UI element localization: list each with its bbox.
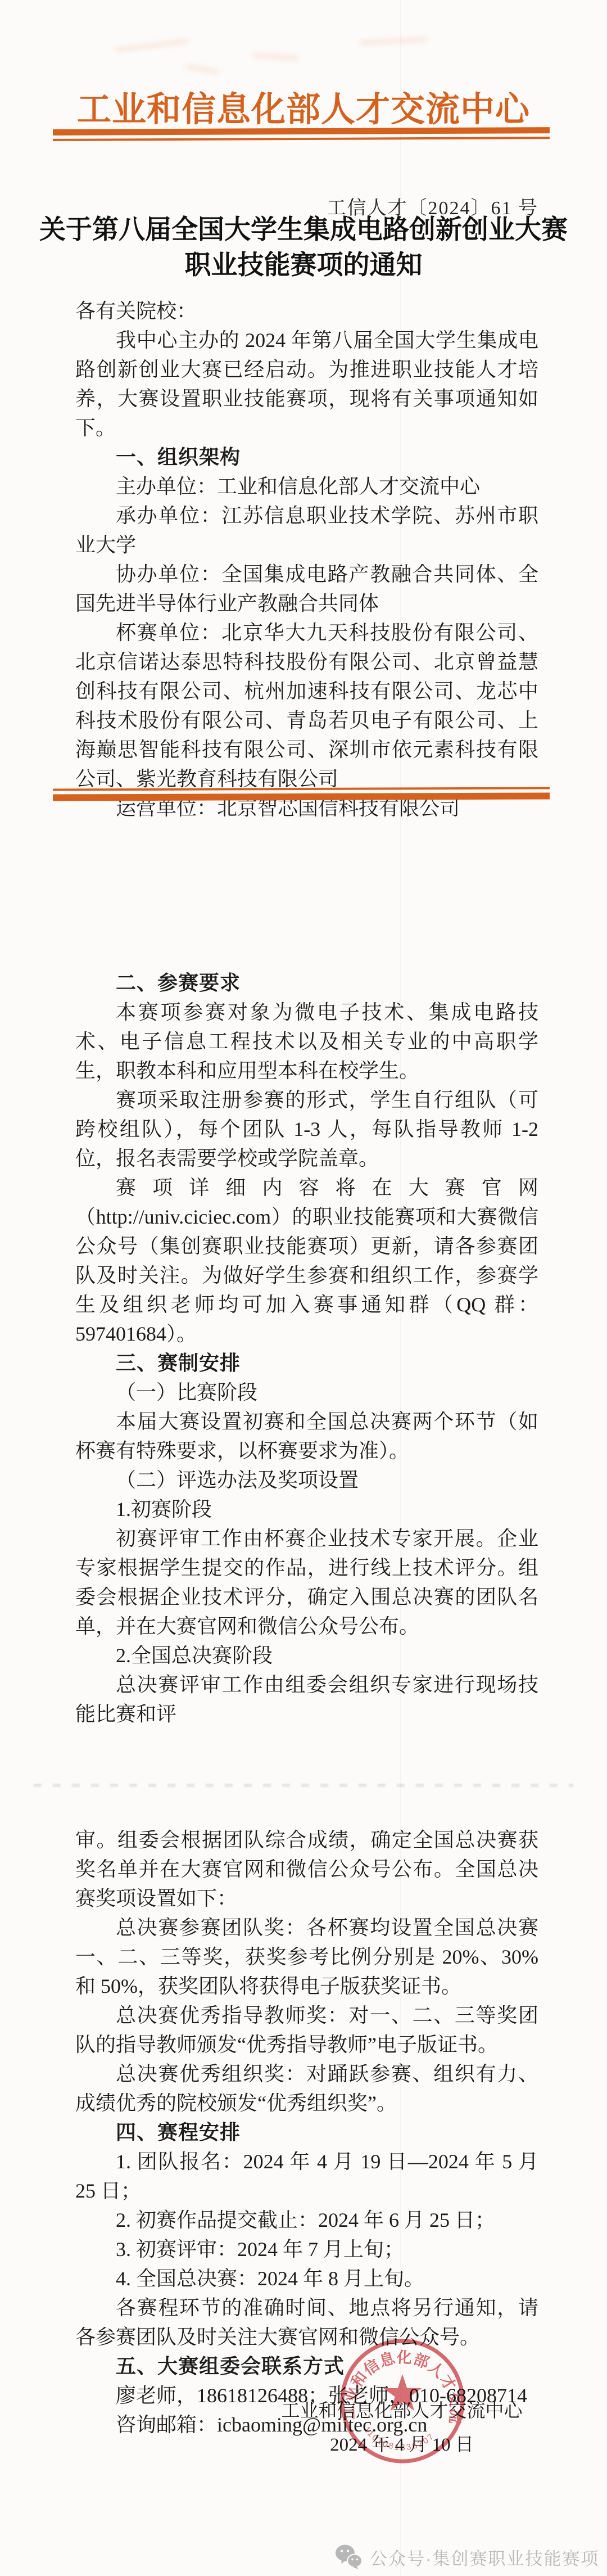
paragraph-preliminary: 初赛评审工作由杯赛企业技术专家开展。企业专家根据学生提交的作品，进行线上技术评分… — [75, 1524, 538, 1641]
paragraph-final-continuation: 审。组委会根据团队综合成绩，确定全国总决赛获奖名单并在大赛官网和微信公众号公布。… — [75, 1825, 538, 1913]
subheading-preliminary: 1.初赛阶段 — [75, 1495, 538, 1524]
document-title-line2: 职业技能赛项的通知 — [0, 248, 607, 283]
section-heading-contact: 五、大赛组委会联系方式 — [75, 2352, 538, 2381]
page2-body: 二、参赛要求 本赛项参赛对象为微电子技术、集成电路技术、电子信息工程技术以及相关… — [75, 968, 538, 1729]
paragraph-schedule-note: 各赛程环节的准确时间、地点将另行通知，请各参赛团队及时关注大赛官网和微信公众号。 — [75, 2293, 538, 2352]
schedule-item-review: 3. 初赛评审：2024 年 7 月上旬； — [75, 2235, 538, 2264]
letterhead-rule-thin — [53, 137, 550, 141]
paragraph-undertaking-unit: 承办单位：江苏信息职业技术学院、苏州市职业大学 — [75, 501, 538, 560]
paragraph-host-unit: 主办单位：工业和信息化部人才交流中心 — [75, 472, 538, 501]
paragraph-cup-units: 杯赛单位：北京华大九天科技股份有限公司、北京信诺达泰思特科技股份有限公司、北京曾… — [75, 618, 538, 793]
salutation: 各有关院校： — [75, 296, 538, 326]
section-heading-schedule: 四、赛程安排 — [75, 2118, 538, 2147]
paragraph-registration: 赛项采取注册参赛的形式，学生自行组队（可跨校组队），每个团队 1-3 人，每队指… — [75, 1085, 538, 1173]
star-icon — [383, 2374, 422, 2411]
wechat-account-footer[interactable]: 公众号·集创赛职业技能赛项 — [334, 2541, 599, 2573]
subheading-awards: （二）评选办法及奖项设置 — [75, 1465, 538, 1495]
scan-ghost-mark — [360, 38, 427, 44]
paragraph-team-awards: 总决赛参赛团队奖：各杯赛均设置全国总决赛一、二、三等奖，获奖参考比例分别是 20… — [75, 1913, 538, 2001]
document-title-line1: 关于第八届全国大学生集成电路创新创业大赛 — [0, 213, 607, 248]
page3-body: 审。组委会根据团队综合成绩，确定全国总决赛获奖名单并在大赛官网和微信公众号公布。… — [75, 1825, 538, 2439]
section-heading-organization: 一、组织架构 — [75, 443, 538, 472]
scan-ghost-mark — [115, 39, 188, 52]
scanned-notice-document: 工业和信息化部人才交流中心 工信人才〔2024〕61 号 关于第八届全国大学生集… — [0, 0, 607, 2576]
svg-text:1101081336207: 1101081336207 — [362, 2425, 437, 2452]
paragraph-participants: 本赛项参赛对象为微电子技术、集成电路技术、电子信息工程技术以及相关专业的中高职学… — [75, 998, 538, 1085]
schedule-item-final: 4. 全国总决赛：2024 年 8 月上旬。 — [75, 2264, 538, 2293]
paragraph-final-start: 总决赛评审工作由组委会组织专家进行现场技能比赛和评 — [75, 1670, 538, 1729]
wechat-account-label[interactable]: 公众号·集创赛职业技能赛项 — [370, 2545, 599, 2570]
schedule-item-submission: 2. 初赛作品提交截止：2024 年 6 月 25 日； — [75, 2205, 538, 2235]
paragraph-stages: 本届大赛设置初赛和全国总决赛两个环节（如杯赛有特殊要求，以杯赛要求为准）。 — [75, 1407, 538, 1465]
section-heading-format: 三、赛制安排 — [75, 1348, 538, 1378]
paragraph-organization-awards: 总决赛优秀组织奖：对踊跃参赛、组织有力、成绩优秀的院校颁发“优秀组织奖”。 — [75, 2059, 538, 2118]
schedule-item-registration: 1. 团队报名：2024 年 4 月 19 日—2024 年 5 月 25 日； — [75, 2147, 538, 2205]
paragraph-coorganizer-unit: 协办单位：全国集成电路产教融合共同体、全国先进半导体行业产教融合共同体 — [75, 560, 538, 618]
page1-body: 各有关院校： 我中心主办的 2024 年第八届全国大学生集成电路创新创业大赛已经… — [75, 296, 538, 823]
letterhead-org-title: 工业和信息化部人才交流中心 — [0, 82, 607, 131]
scan-ghost-mark — [253, 53, 298, 60]
paragraph-intro: 我中心主办的 2024 年第八届全国大学生集成电路创新创业大赛已经启动。为推进职… — [75, 326, 538, 443]
wechat-icon — [334, 2544, 363, 2570]
section-heading-requirements: 二、参赛要求 — [75, 968, 538, 998]
scan-ghost-mark — [185, 65, 219, 74]
seal-serial-number: 1101081336207 — [362, 2425, 437, 2452]
paragraph-teacher-awards: 总决赛优秀指导教师奖：对一、二、三等奖团队的指导教师颁发“优秀指导教师”电子版证… — [75, 2001, 538, 2059]
document-title: 关于第八届全国大学生集成电路创新创业大赛 职业技能赛项的通知 — [0, 213, 607, 283]
scan-smudge-band — [34, 1784, 573, 1787]
subheading-stages: （一）比赛阶段 — [75, 1378, 538, 1407]
official-seal: 工业和信息化部人才交流中心 1101081336207 — [338, 2337, 466, 2465]
subheading-final: 2.全国总决赛阶段 — [75, 1641, 538, 1670]
paragraph-official-site: 赛项详细内容将在大赛官网（http://univ.ciciec.com）的职业技… — [75, 1173, 538, 1348]
